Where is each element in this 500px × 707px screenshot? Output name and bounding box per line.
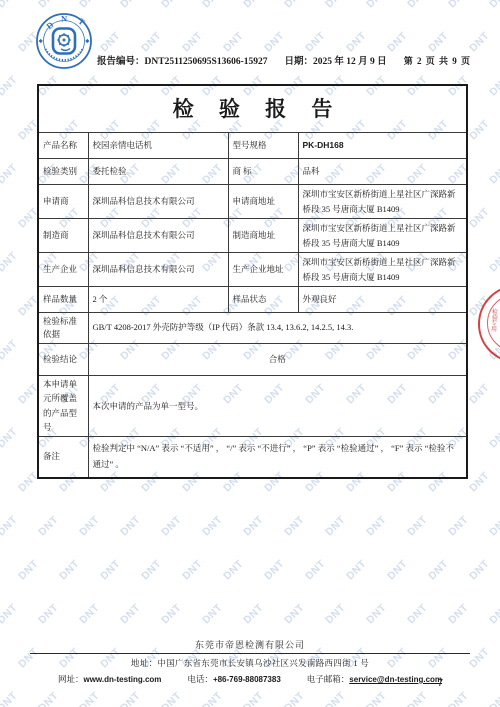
company-name: 东莞市帝恩检测有限公司 xyxy=(0,638,500,651)
table-row: 检验标准依据 GB/T 4208-2017 外壳防护等级（IP 代码）条款 13… xyxy=(38,313,467,344)
red-seal-text: 检验 xyxy=(492,310,498,322)
dnt-logo-icon: D N T xyxy=(35,12,93,70)
applicant-address-label: 申请商地址 xyxy=(228,185,298,219)
producer-value: 深圳品科信息技术有限公司 xyxy=(88,253,228,287)
manufacturer-value: 深圳品科信息技术有限公司 xyxy=(88,219,228,253)
inspection-type-value: 委托检验 xyxy=(88,159,228,185)
report-footer: 东莞市帝恩检测有限公司 地址：中国广东省东莞市长安镇乌沙社区兴发南路西四街 1 … xyxy=(0,638,500,685)
table-row: 产品名称 校园亲情电话机 型号规格 PK-DH168 xyxy=(38,133,467,159)
report-header-line: 报告编号：DNT2511250695S13606-15927 日期：2025 年… xyxy=(97,53,471,67)
sample-status-value: 外观良好 xyxy=(298,287,467,313)
table-row: 备注 检验判定中 “N/A” 表示 “不适用” ， “/” 表示 “不进行” ，… xyxy=(38,436,467,478)
company-contact-line: 网址：www.dn-testing.com 电话：+86-769-8808738… xyxy=(0,673,500,685)
inspection-type-label: 检验类别 xyxy=(38,159,88,185)
report-date: 日期：2025 年 12 月 9 日 xyxy=(285,53,387,67)
company-address: 地址：中国广东省东莞市长安镇乌沙社区兴发南路西四街 1 号 xyxy=(0,657,500,669)
applicant-address-value: 深圳市宝安区新桥街道上星社区广深路新桥段 35 号唐商大厦 B1409 xyxy=(298,185,467,219)
trademark-value: 品科 xyxy=(298,159,467,185)
manufacturer-address-label: 制造商地址 xyxy=(228,219,298,253)
producer-address-label: 生产企业地址 xyxy=(228,253,298,287)
conclusion-value: 合格 xyxy=(88,344,467,376)
page-number: 7 xyxy=(437,678,443,689)
sample-qty-label: 样品数量 xyxy=(38,287,88,313)
red-seal-inner-ring xyxy=(487,294,500,352)
coverage-value: 本次申请的产品为单一型号。 xyxy=(88,376,467,437)
page-indicator: 第 2 页 共 9 页 xyxy=(404,54,471,67)
table-row: 检 验 报 告 xyxy=(38,85,467,133)
dnt-logo: D N T xyxy=(35,12,93,75)
company-email: 电子邮箱：service@dn-testing.com xyxy=(307,673,442,685)
red-seal-text: 专用 xyxy=(491,321,497,333)
applicant-label: 申请商 xyxy=(38,185,88,219)
model-value: PK-DH168 xyxy=(298,133,467,159)
red-seal-outer-ring xyxy=(478,285,500,363)
remark-value: 检验判定中 “N/A” 表示 “不适用” ， “/” 表示 “不进行” ， “P… xyxy=(88,436,467,478)
applicant-value: 深圳品科信息技术有限公司 xyxy=(88,185,228,219)
standard-label: 检验标准依据 xyxy=(38,313,88,344)
product-name-label: 产品名称 xyxy=(38,133,88,159)
product-name-value: 校园亲情电话机 xyxy=(88,133,228,159)
sample-status-label: 样品状态 xyxy=(228,287,298,313)
remark-label: 备注 xyxy=(38,436,88,478)
table-row: 申请商 深圳品科信息技术有限公司 申请商地址 深圳市宝安区新桥街道上星社区广深路… xyxy=(38,185,467,219)
report-number: 报告编号：DNT2511250695S13606-15927 xyxy=(97,53,268,67)
model-label: 型号规格 xyxy=(228,133,298,159)
inspection-report-page: DNTDNTDNTDNTDNTDNTDNTDNTDNTDNTDNTDNTDNTD… xyxy=(0,0,500,707)
company-phone: 电话：+86-769-88087383 xyxy=(187,673,280,685)
svg-text:N: N xyxy=(61,14,68,24)
coverage-label: 本申请单元所覆盖的产品型号 xyxy=(38,376,88,437)
report-title: 检 验 报 告 xyxy=(38,85,467,133)
producer-label: 生产企业 xyxy=(38,253,88,287)
trademark-label: 商 标 xyxy=(228,159,298,185)
sample-qty-value: 2 个 xyxy=(88,287,228,313)
table-row: 本申请单元所覆盖的产品型号 本次申请的产品为单一型号。 xyxy=(38,376,467,437)
table-row: 生产企业 深圳品科信息技术有限公司 生产企业地址 深圳市宝安区新桥街道上星社区广… xyxy=(38,253,467,287)
inspection-report-table: 检 验 报 告 产品名称 校园亲情电话机 型号规格 PK-DH168 检验类别 … xyxy=(37,84,468,479)
table-row: 检验类别 委托检验 商 标 品科 xyxy=(38,159,467,185)
table-row: 制造商 深圳品科信息技术有限公司 制造商地址 深圳市宝安区新桥街道上星社区广深路… xyxy=(38,219,467,253)
manufacturer-label: 制造商 xyxy=(38,219,88,253)
table-row: 样品数量 2 个 样品状态 外观良好 xyxy=(38,287,467,313)
standard-value: GB/T 4208-2017 外壳防护等级（IP 代码）条款 13.4, 13.… xyxy=(88,313,467,344)
table-row: 检验结论 合格 xyxy=(38,344,467,376)
conclusion-label: 检验结论 xyxy=(38,344,88,376)
manufacturer-address-value: 深圳市宝安区新桥街道上星社区广深路新桥段 35 号唐商大厦 B1409 xyxy=(298,219,467,253)
producer-address-value: 深圳市宝安区新桥街道上星社区广深路新桥段 35 号唐商大厦 B1409 xyxy=(298,253,467,287)
footer-divider xyxy=(30,653,470,654)
company-website: 网址：www.dn-testing.com xyxy=(58,673,161,685)
